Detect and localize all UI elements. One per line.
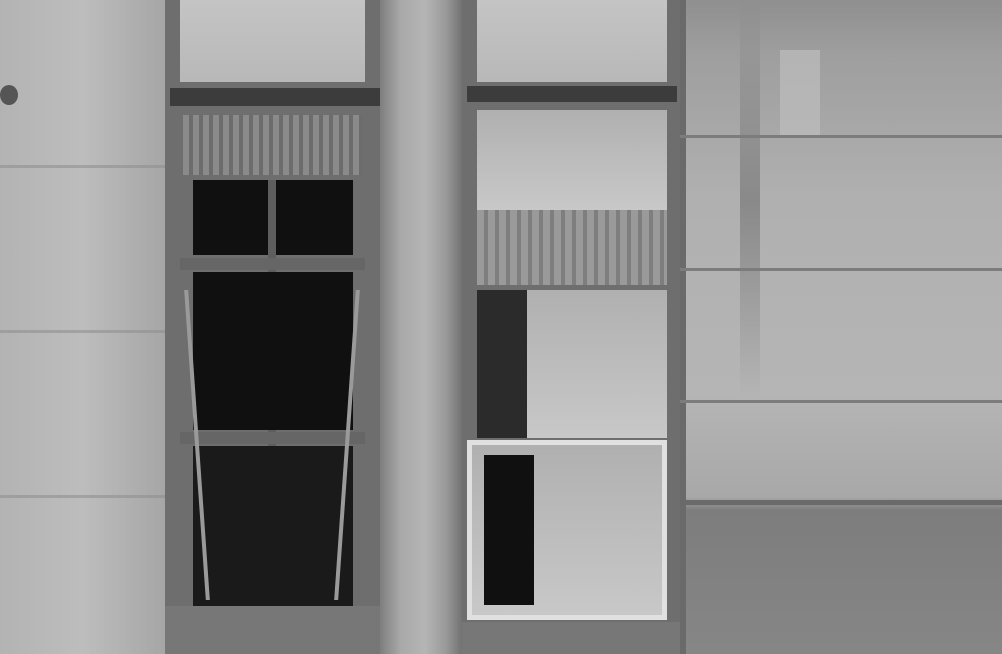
- right-window-curtain: [477, 290, 527, 438]
- right-window-meeting-rail: [467, 86, 677, 102]
- left-window-pane: [193, 272, 353, 430]
- left-window-upper-pane: [180, 0, 365, 82]
- left-window-sill: [165, 606, 380, 654]
- masonry-joint: [680, 135, 1002, 138]
- left-window-rail: [180, 432, 365, 444]
- left-stone-wall: [0, 0, 165, 654]
- left-window-pane: [193, 446, 353, 606]
- center-pilaster: [380, 0, 462, 654]
- wall-edge: [680, 0, 686, 654]
- right-window-pane: [477, 110, 667, 210]
- wall-fixture: [0, 85, 18, 105]
- left-window-rail: [180, 258, 365, 270]
- masonry-joint: [0, 330, 165, 333]
- building-facade-photo: [0, 0, 1002, 654]
- right-window: [462, 0, 680, 654]
- masonry-joint: [680, 500, 1002, 505]
- right-window-lower-sash: [467, 440, 667, 620]
- right-window-curtain: [484, 455, 534, 605]
- left-window: [165, 0, 380, 654]
- masonry-joint: [0, 495, 165, 498]
- masonry-joint: [680, 400, 1002, 403]
- masonry-joint: [0, 165, 165, 168]
- right-window-upper-pane: [477, 0, 667, 82]
- wall-stain: [740, 0, 760, 400]
- right-window-sill: [462, 622, 680, 654]
- right-window-valance: [477, 210, 667, 285]
- right-stone-wall: [680, 0, 1002, 654]
- left-window-valance: [183, 115, 363, 175]
- left-window-meeting-rail: [170, 88, 380, 106]
- light-stone-block: [780, 50, 820, 135]
- masonry-joint: [680, 268, 1002, 271]
